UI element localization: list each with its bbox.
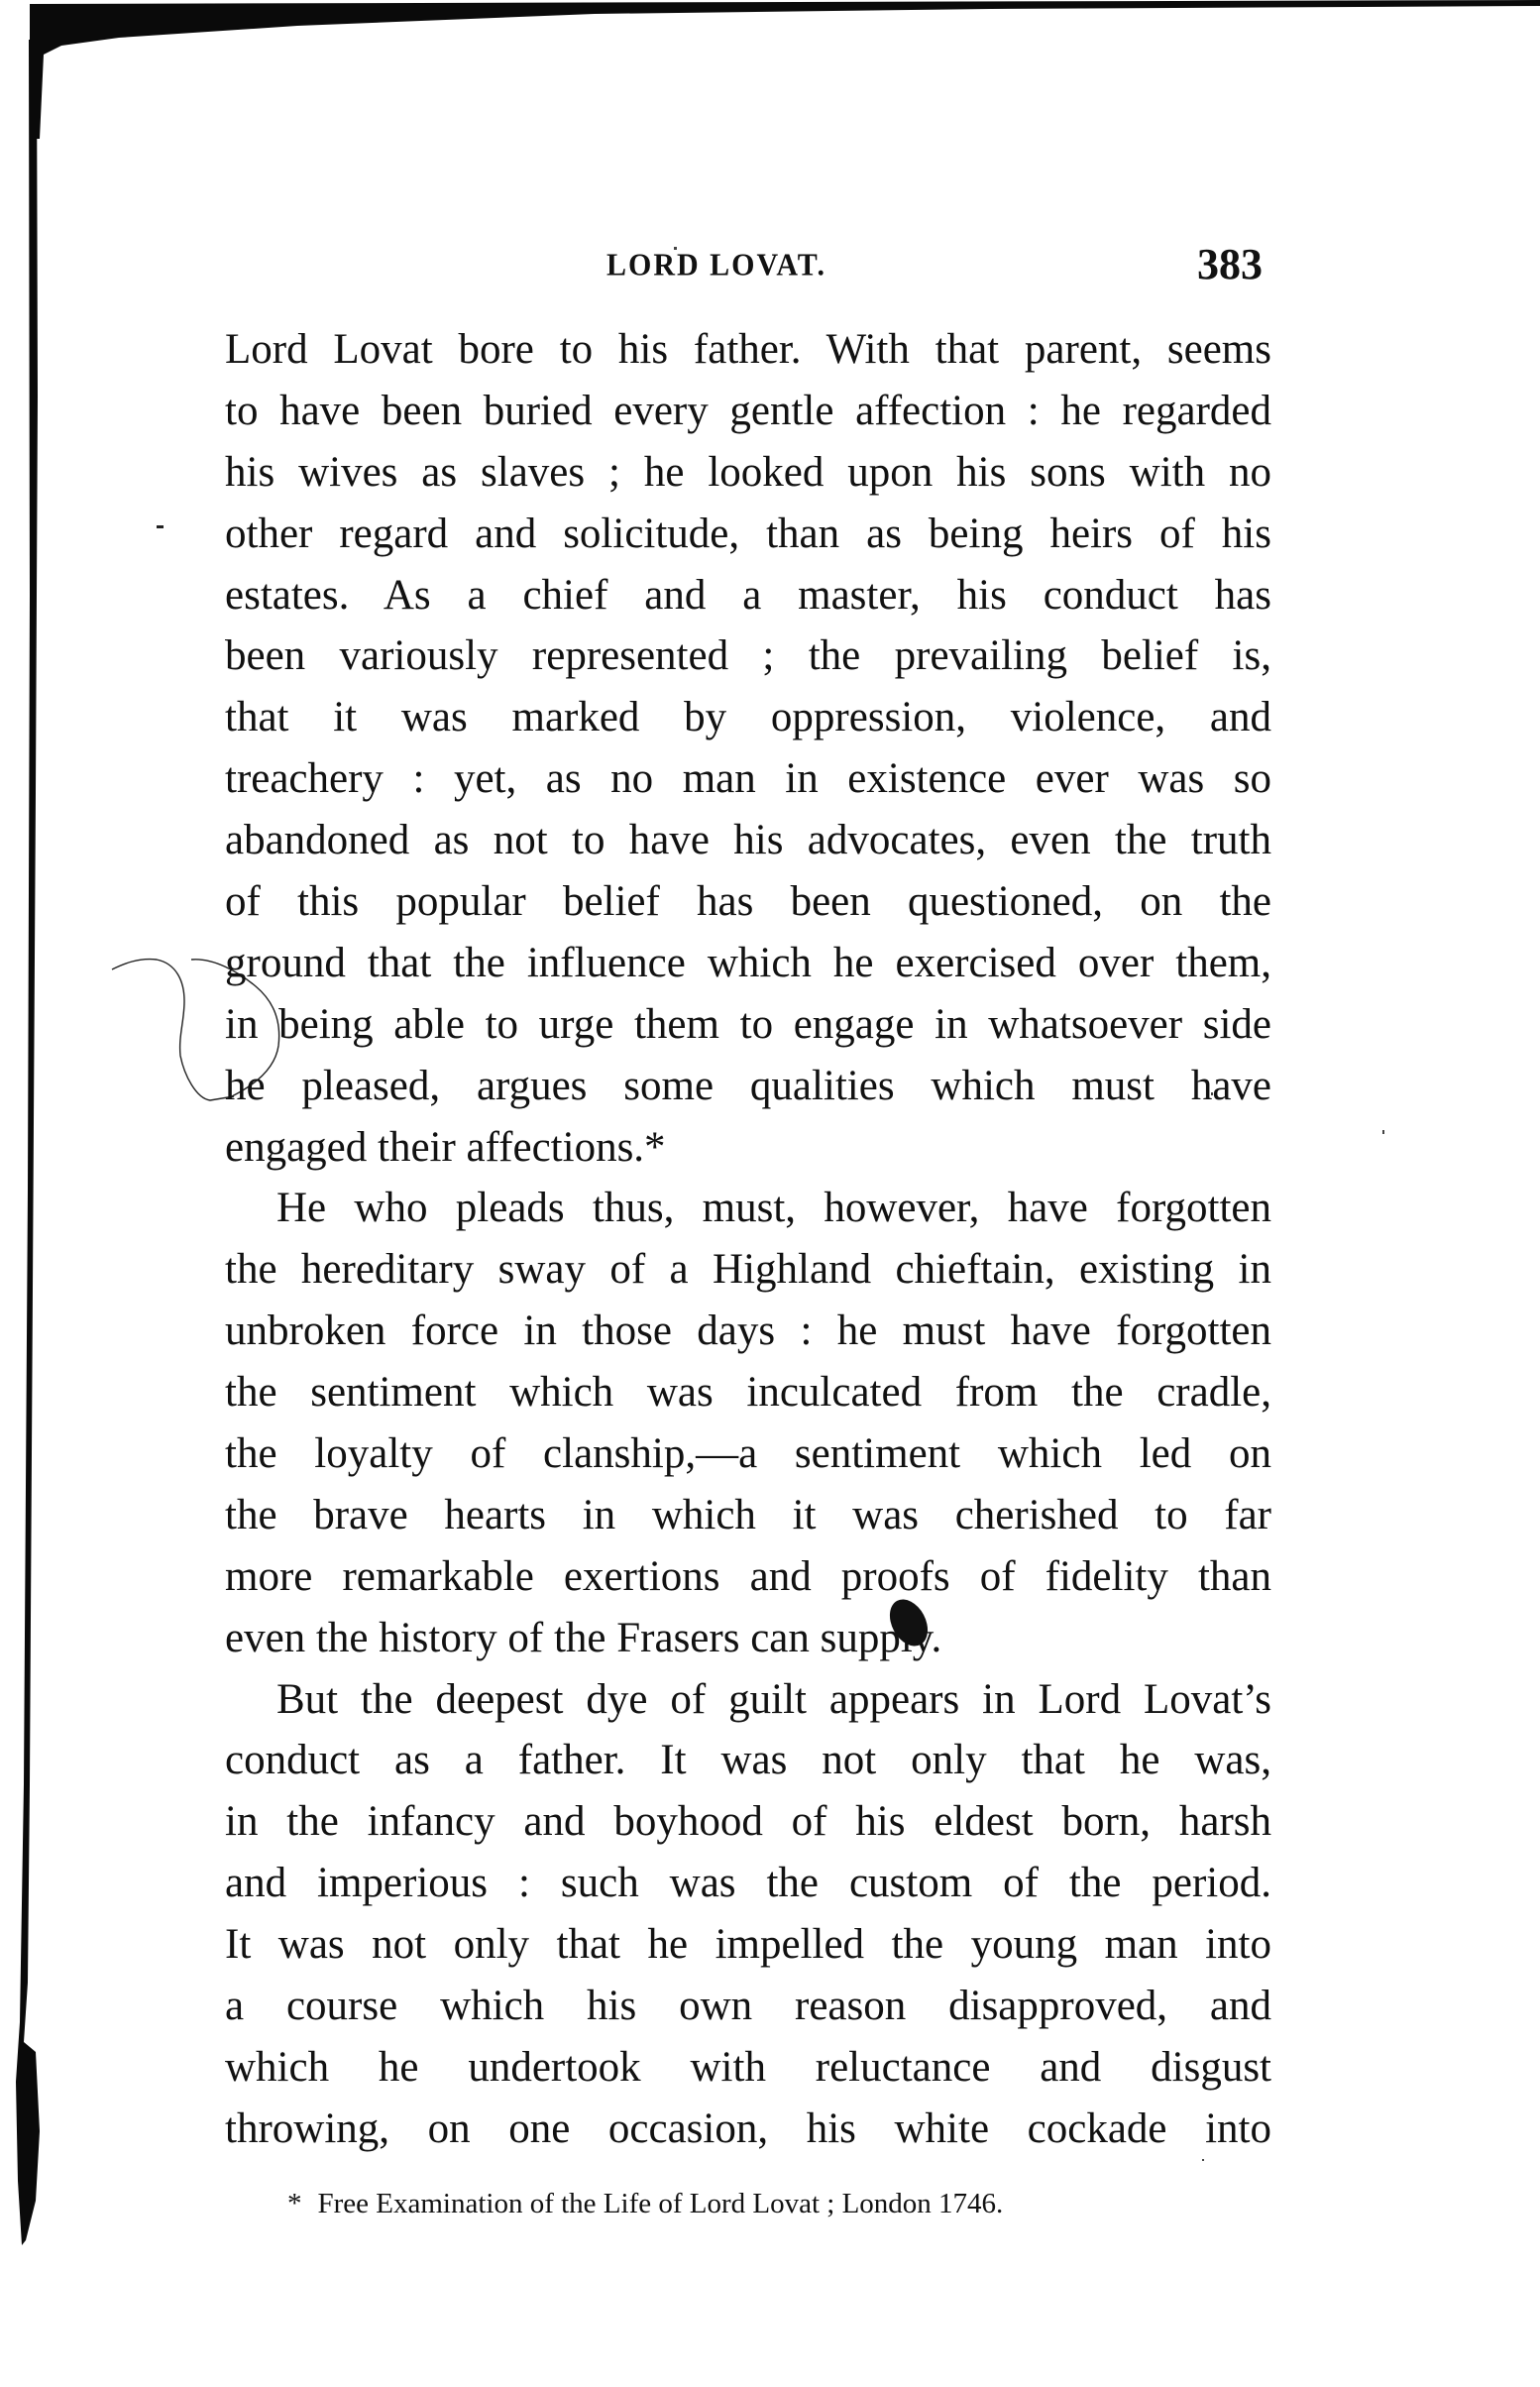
text-line: Lord Lovat bore to his father. With that… (225, 319, 1271, 381)
top-page-edge (30, 0, 1540, 139)
text-line: treachery : yet, as no man in existence … (225, 748, 1271, 810)
text-line: the brave hearts in which it was cherish… (225, 1485, 1271, 1546)
text-line: been variously represented ; the prevail… (225, 625, 1271, 687)
book-page: LORD LOVAT. 383 Lord Lovat bore to his f… (0, 0, 1540, 2387)
text-line: ground that the influence which he exerc… (225, 933, 1271, 994)
text-line: which he undertook with reluctance and d… (225, 2037, 1271, 2099)
body-text: Lord Lovat bore to his father. With that… (225, 319, 1271, 2160)
text-line: and imperious : such was the custom of t… (225, 1853, 1271, 1914)
text-line: he pleased, argues some qualities which … (225, 1056, 1271, 1117)
text-line: that it was marked by oppression, violen… (225, 687, 1271, 748)
text-line: estates. As a chief and a master, his co… (225, 565, 1271, 626)
left-page-edge (16, 40, 40, 2245)
text-line-paragraph-end: engaged their affections.* (225, 1117, 1271, 1179)
text-line: to have been buried every gentle affecti… (225, 381, 1271, 442)
text-line: other regard and solicitude, than as bei… (225, 504, 1271, 565)
running-head-title: LORD LOVAT. (606, 245, 826, 286)
text-line-paragraph-start: He who pleads thus, must, however, have … (225, 1178, 1271, 1239)
text-line: in the infancy and boyhood of his eldest… (225, 1791, 1271, 1853)
pencil-bracket-icon (112, 960, 234, 1100)
text-line: his wives as slaves ; he looked upon his… (225, 442, 1271, 504)
footnote-text: Free Examination of the Life of Lord Lov… (318, 2188, 1004, 2219)
page-number: 383 (1197, 240, 1263, 289)
text-line: It was not only that he impelled the you… (225, 1914, 1271, 1976)
text-line: unbroken force in those days : he must h… (225, 1301, 1271, 1362)
text-line: more remarkable exertions and proofs of … (225, 1546, 1271, 1608)
footnote: *Free Examination of the Life of Lord Lo… (287, 2184, 1003, 2223)
text-line-paragraph-start: But the deepest dye of guilt appears in … (225, 1669, 1271, 1731)
text-line: throwing, on one occasion, his white coc… (225, 2099, 1271, 2160)
text-line: the hereditary sway of a Highland chieft… (225, 1239, 1271, 1301)
text-line: abandoned as not to have his advocates, … (225, 810, 1271, 871)
running-head: LORD LOVAT. 383 (0, 246, 1540, 285)
text-line: a course which his own reason disapprove… (225, 1976, 1271, 2037)
text-line: the sentiment which was inculcated from … (225, 1362, 1271, 1423)
text-line: in being able to urge them to engage in … (225, 994, 1271, 1056)
text-line: of this popular belief has been question… (225, 871, 1271, 933)
text-line: the loyalty of clanship,—a sentiment whi… (225, 1423, 1271, 1485)
footnote-marker: * (287, 2184, 302, 2223)
text-line: conduct as a father. It was not only tha… (225, 1730, 1271, 1791)
text-line-paragraph-end: even the history of the Frasers can supp… (225, 1608, 1271, 1669)
